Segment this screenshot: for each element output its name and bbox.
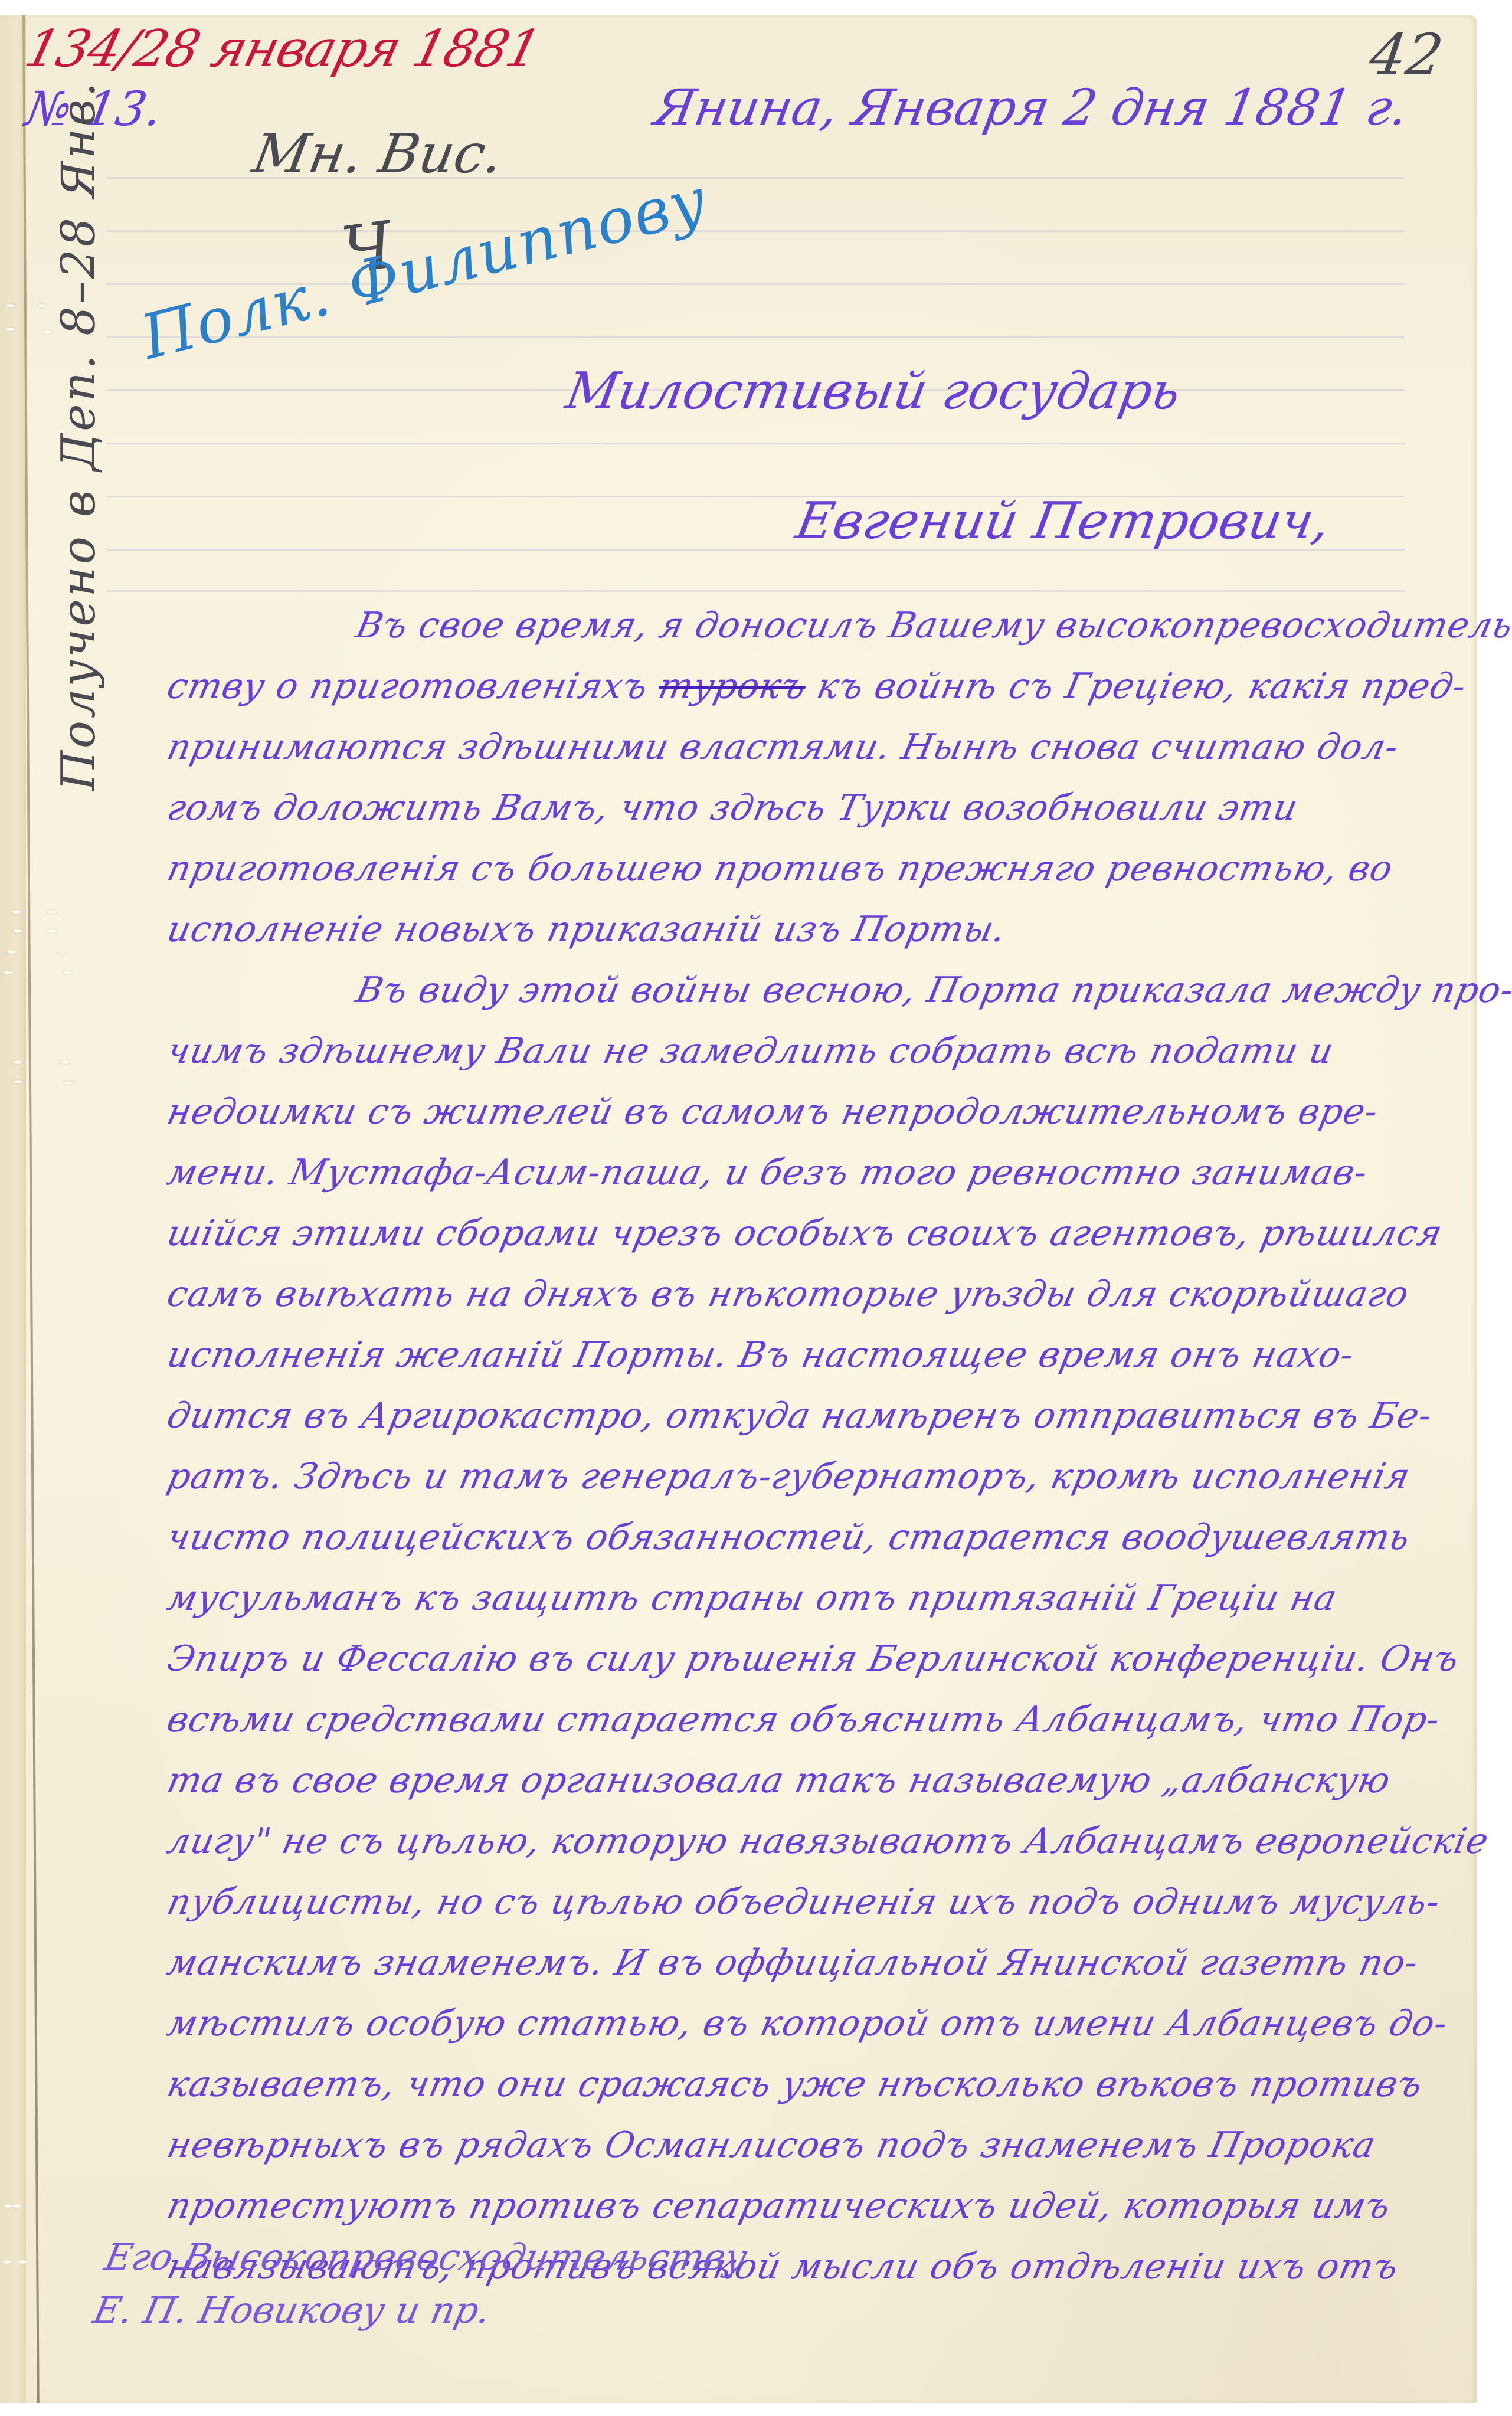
punch-hole — [47, 910, 57, 914]
punch-hole — [60, 1060, 70, 1064]
punch-hole — [18, 2260, 27, 2264]
show-through-line — [106, 230, 1405, 232]
punch-hole — [62, 971, 71, 974]
body-line: мени. Мустафа-Асим-паша, и безъ того рев… — [159, 1152, 1465, 1213]
body-line: дится въ Аргирокастро, откуда намѣренъ о… — [159, 1395, 1465, 1456]
body-line: самъ выѣхать на дняхъ въ нѣкоторые уѣзды… — [159, 1274, 1465, 1334]
addressee-title: Его Высокопревосходительству — [100, 2231, 752, 2284]
body-line: казываетъ, что они сражаясь уже нѣскольк… — [159, 2064, 1465, 2124]
show-through-line — [106, 590, 1405, 592]
punch-hole — [58, 950, 67, 954]
body-line: всѣми средствами старается объяснить Алб… — [159, 1699, 1465, 1760]
pencil-initials: Мн. Вис. — [249, 127, 507, 181]
body-line: ратъ. Здѣсь и тамъ генералъ-губернаторъ,… — [159, 1456, 1465, 1517]
punch-hole — [13, 929, 22, 933]
show-through-line — [106, 443, 1405, 444]
punch-hole — [6, 328, 15, 331]
show-through-line — [106, 336, 1405, 338]
body-line: принимаются здѣшними властями. Нынѣ снов… — [159, 726, 1465, 787]
salutation-line-1: Милостивый государь — [562, 366, 1184, 417]
punch-hole — [7, 950, 17, 954]
folio-number: 42 — [1366, 27, 1446, 83]
punch-hole — [13, 1080, 22, 1083]
punch-hole — [13, 1060, 22, 1064]
punch-hole — [42, 330, 52, 334]
place-date: Янина, Января 2 дня 1881 г. — [651, 83, 1412, 132]
addressee-block: Его Высокопревосходительству Е. П. Новик… — [89, 2231, 752, 2337]
body-line: мусульманъ къ защитѣ страны отъ притязан… — [159, 1577, 1465, 1638]
struck-word: турокъ — [655, 666, 810, 707]
punch-hole — [12, 910, 21, 914]
body-line: Эпиръ и Фессалію въ силу рѣшенія Берлинс… — [159, 1638, 1465, 1699]
punch-hole — [64, 1081, 73, 1085]
punch-hole — [12, 2204, 21, 2208]
body-line-start: ству о приготовленіяхъ — [163, 666, 652, 707]
body-line: невѣрныхъ въ рядахъ Османлисовъ подъ зна… — [159, 2124, 1465, 2185]
body-line: гомъ доложить Вамъ, что здѣсь Турки возо… — [159, 787, 1465, 848]
body-line: мѣстилъ особую статью, въ которой отъ им… — [159, 2003, 1465, 2064]
salutation-line-2: Евгений Петрович, — [792, 496, 1334, 546]
body-line: манскимъ знаменемъ. И въ оффиціальной Ян… — [159, 1942, 1465, 2003]
body-line: чисто полицейскихъ обязанностей, старает… — [159, 1517, 1465, 1577]
punch-hole — [2, 2260, 12, 2264]
archive-number: 134/28 января 1881 — [20, 24, 544, 74]
margin-received-note: Получено в Деп. 8–28 Янв. — [56, 80, 102, 791]
body-line: публицисты, но съ цѣлью объединенія ихъ … — [159, 1881, 1465, 1942]
punch-hole — [6, 304, 15, 307]
body-line: та въ свое время организовала такъ назыв… — [159, 1760, 1465, 1821]
body-line: Въ свое время, я доносилъ Вашему высокоп… — [159, 605, 1465, 666]
body-line: шійся этими сборами чрезъ особыхъ своихъ… — [159, 1213, 1465, 1274]
punch-hole — [37, 304, 46, 307]
punch-hole — [47, 929, 57, 933]
body-line: ству о приготовленіяхъ турокъ къ войнѣ с… — [159, 666, 1465, 726]
body-line: Въ виду этой войны весною, Порта приказа… — [159, 970, 1465, 1030]
body-line: недоимки съ жителей въ самомъ непродолжи… — [159, 1091, 1465, 1152]
body-line: чимъ здѣшнему Вали не замедлить собрать … — [159, 1030, 1465, 1091]
document-scan: 134/28 января 1881 № 13. 42 Мн. Вис. Ч П… — [0, 0, 1512, 2416]
punch-hole — [4, 971, 13, 974]
letter-body: Въ свое время, я доносилъ Вашему высокоп… — [159, 605, 1452, 2307]
body-line: приготовленія съ большею противъ прежняг… — [159, 848, 1465, 909]
addressee-name: Е. П. Новикову и пр. — [89, 2284, 741, 2337]
body-line: лигу" не съ цѣлью, которую навязываютъ А… — [159, 1821, 1465, 1881]
body-line-end: къ войнѣ съ Греціею, какія пред- — [813, 666, 1470, 707]
body-line: исполненіе новыхъ приказаній изъ Порты. — [159, 909, 1465, 970]
body-line: исполненія желаній Порты. Въ настоящее в… — [159, 1334, 1465, 1395]
binding-strip — [0, 15, 26, 2403]
